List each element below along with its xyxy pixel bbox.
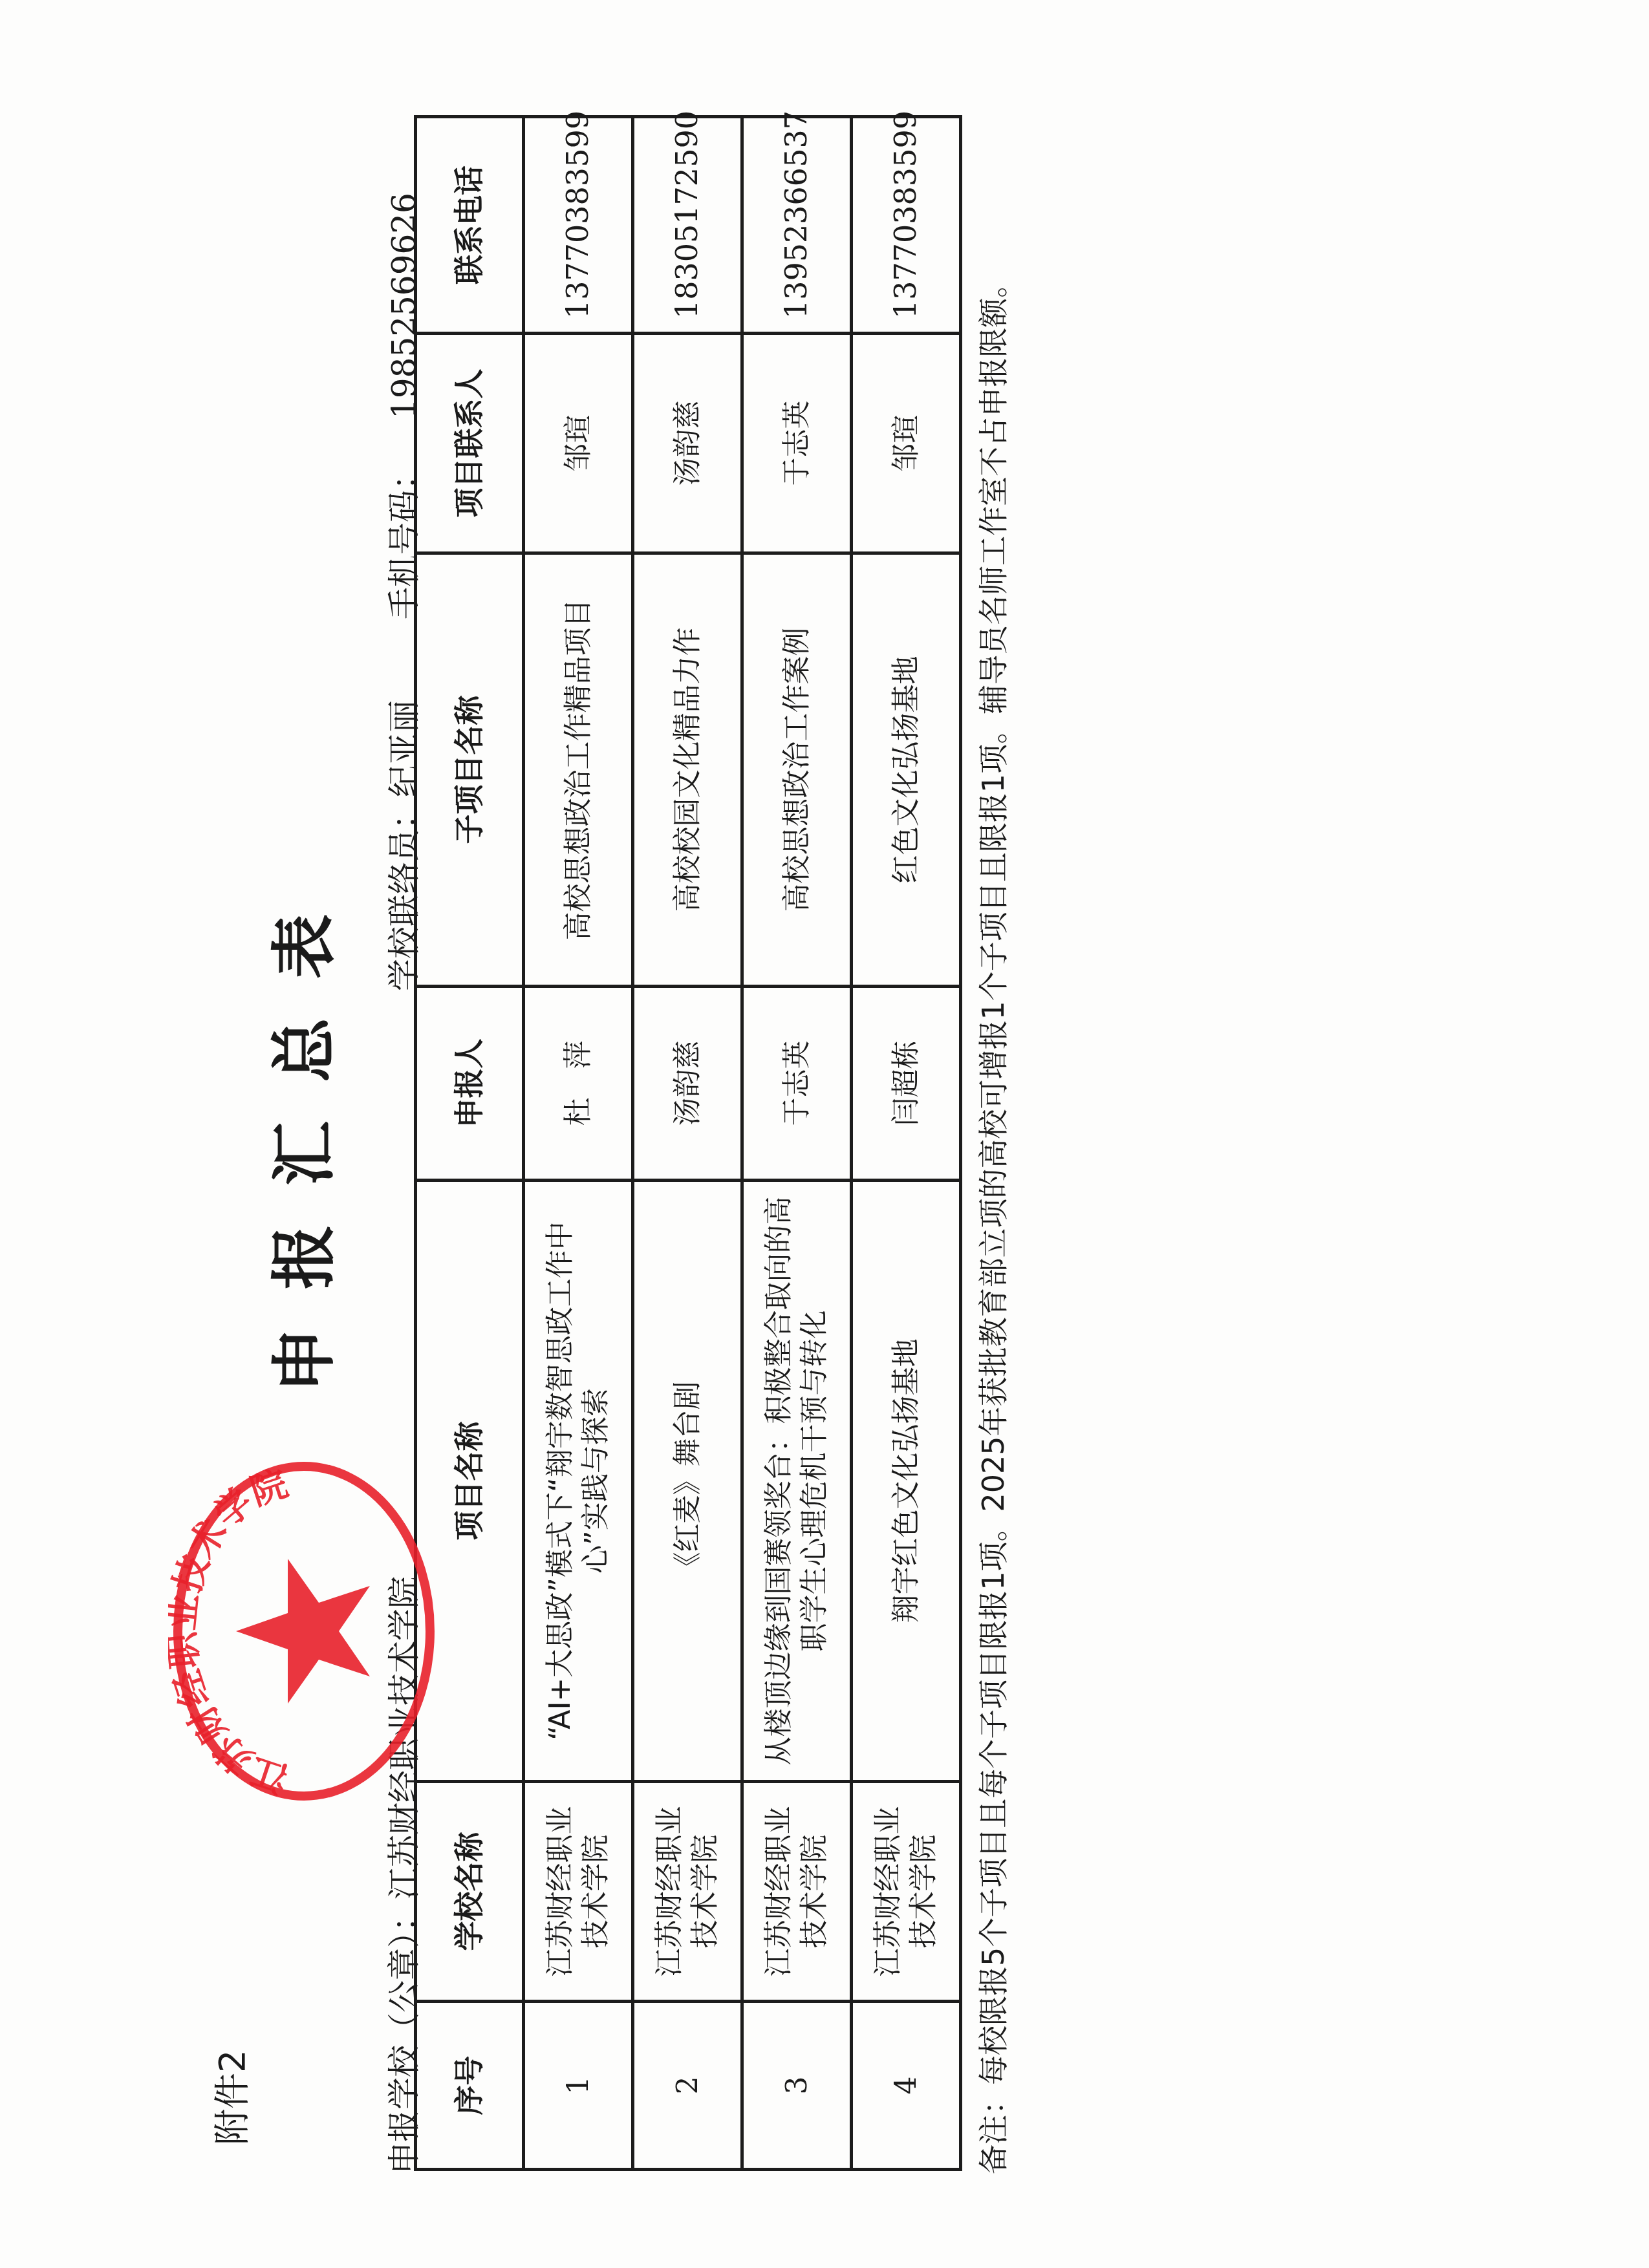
index-header: 序号 [416, 2002, 524, 2170]
contact-name: 于志英 [742, 334, 852, 553]
summary-table: 序号学校名称项目名称申报人子项目名称项目联系人联系电话 1江苏财经职业技术学院“… [414, 115, 962, 2171]
row-index: 2 [633, 2002, 742, 2170]
project-name: 从楼顶边缘到国赛领奖台：积极整合取向的高职学生心理危机干预与转化 [742, 1181, 852, 1782]
contact-phone: 13770383599 [524, 117, 633, 334]
school-name: 江苏财经职业技术学院 [524, 1782, 633, 2002]
table-header-row: 序号学校名称项目名称申报人子项目名称项目联系人联系电话 [416, 117, 524, 2170]
contact-phone: 13952366537 [742, 117, 852, 334]
project-header: 项目名称 [416, 1181, 524, 1782]
subproject-name: 高校校园文化精品力作 [633, 553, 742, 987]
table-row: 4江苏财经职业技术学院翔宇红色文化弘扬基地闫超栋红色文化弘扬基地邹瑄137703… [852, 117, 961, 2170]
subproject-name: 红色文化弘扬基地 [852, 553, 961, 987]
row-index: 4 [852, 2002, 961, 2170]
page-title: 申报汇总表 [252, 0, 345, 2268]
school-name: 江苏财经职业技术学院 [852, 1782, 961, 2002]
attachment-label: 附件2 [204, 2049, 255, 2145]
table-body: 1江苏财经职业技术学院“AI+大思政”模式下“翔宇数智思政工作中心”实践与探索杜… [524, 117, 961, 2170]
project-name: 《红麦》舞台剧 [633, 1181, 742, 1782]
applicant-name: 闫超栋 [852, 987, 961, 1181]
contact-name: 邹瑄 [524, 334, 633, 553]
applicant-name: 于志英 [742, 987, 852, 1181]
applicant-name: 杜 萍 [524, 987, 633, 1181]
contact-phone: 18305172590 [633, 117, 742, 334]
contact-phone: 13770383599 [852, 117, 961, 334]
contact-name: 汤韵慈 [633, 334, 742, 553]
applicant-header: 申报人 [416, 987, 524, 1181]
document-page: 附件2 申报汇总表 申报学校（公章）：江苏财经职业技术学院 学校联络员：纪亚丽 … [0, 0, 1649, 2268]
school-header: 学校名称 [416, 1782, 524, 2002]
applicant-name: 汤韵慈 [633, 987, 742, 1181]
row-index: 1 [524, 2002, 633, 2170]
row-index: 3 [742, 2002, 852, 2170]
school-name: 江苏财经职业技术学院 [742, 1782, 852, 2002]
contact-header: 项目联系人 [416, 334, 524, 553]
subproject-name: 高校思想政治工作精品项目 [524, 553, 633, 987]
footnote: 备注：每校限报5个子项目且每个子项目限报1项。2025年获批教育部立项的高校可增… [970, 268, 1013, 2174]
table-row: 2江苏财经职业技术学院《红麦》舞台剧汤韵慈高校校园文化精品力作汤韵慈183051… [633, 117, 742, 2170]
phone-header: 联系电话 [416, 117, 524, 334]
subproject-name: 高校思想政治工作案例 [742, 553, 852, 987]
project-name: “AI+大思政”模式下“翔宇数智思政工作中心”实践与探索 [524, 1181, 633, 1782]
table-row: 1江苏财经职业技术学院“AI+大思政”模式下“翔宇数智思政工作中心”实践与探索杜… [524, 117, 633, 2170]
contact-name: 邹瑄 [852, 334, 961, 553]
project-name: 翔宇红色文化弘扬基地 [852, 1181, 961, 1782]
subproject-header: 子项目名称 [416, 553, 524, 987]
table-row: 3江苏财经职业技术学院从楼顶边缘到国赛领奖台：积极整合取向的高职学生心理危机干预… [742, 117, 852, 2170]
school-name: 江苏财经职业技术学院 [633, 1782, 742, 2002]
